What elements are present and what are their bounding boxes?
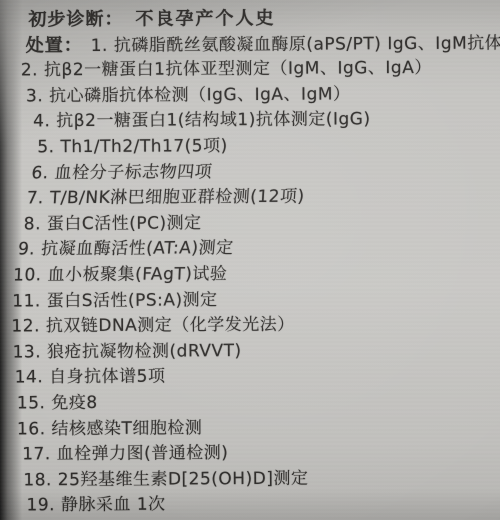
plan-item-8: 8. 蛋白C活性(PC)测定 <box>24 209 500 238</box>
plan-item-10: 10. 血小板聚集(FAgT)试验 <box>13 260 500 289</box>
plan-item-19: 19. 静脉采血 1次 <box>26 491 500 519</box>
plan-item-18: 18. 25羟基维生素D[25(OH)D]测定 <box>23 465 500 494</box>
medical-document-photo: 初步诊断：不良孕产个人史 处置：1. 抗磷脂酰丝氨酸凝血酶原(aPS/PT) I… <box>0 0 500 520</box>
plan-item-11: 11. 蛋白S活性(PS:A)测定 <box>12 286 500 315</box>
plan-label: 处置： <box>26 35 83 56</box>
diagnosis-label: 初步诊断： <box>28 9 123 31</box>
diagnosis-line: 初步诊断：不良孕产个人史 <box>28 4 498 32</box>
plan-items-list: 2. 抗β2一糖蛋白1抗体亚型测定（IgM、IgG、IgA）3. 抗心磷脂抗体检… <box>0 56 500 520</box>
plan-item-9: 9. 抗凝血酶活性(AT:A)测定 <box>17 235 500 264</box>
paper-sheet: 初步诊断：不良孕产个人史 处置：1. 抗磷脂酰丝氨酸凝血酶原(aPS/PT) I… <box>0 0 500 520</box>
plan-item-6: 6. 血栓分子标志物四项 <box>30 158 500 186</box>
plan-item-16: 16. 结核感染T细胞检测 <box>17 414 500 443</box>
plan-item-7: 7. T/B/NK淋巴细胞亚群检测(12项) <box>26 184 500 212</box>
plan-item-17: 17. 血栓弹力图(普通检测) <box>22 440 500 469</box>
plan-item-13: 13. 狼疮抗凝物检测(dRVVT) <box>12 337 500 366</box>
plan-item-14: 14. 自身抗体谱5项 <box>15 363 500 392</box>
plan-item-4: 4. 抗β2一糖蛋白1(结构域1)抗体测定(IgG) <box>33 107 499 135</box>
plan-first-line: 处置：1. 抗磷脂酰丝氨酸凝血酶原(aPS/PT) IgG、IgM抗体检测 <box>26 30 499 58</box>
plan-item-12: 12. 抗双链DNA测定（化学发光法） <box>11 312 500 341</box>
plan-item-2: 2. 抗β2一糖蛋白1抗体亚型测定（IgM、IgG、IgA） <box>21 56 499 85</box>
plan-item-3: 3. 抗心磷脂抗体检测（IgG、IgA、IgM） <box>26 81 499 109</box>
plan-item-5: 5. Th1/Th2/Th17(5项) <box>37 132 499 160</box>
diagnosis-value: 不良孕产个人史 <box>135 8 275 30</box>
plan-item-15: 15. 免疫8 <box>17 388 500 417</box>
plan-item-1: 1. 抗磷脂酰丝氨酸凝血酶原(aPS/PT) IgG、IgM抗体检测 <box>91 33 500 56</box>
